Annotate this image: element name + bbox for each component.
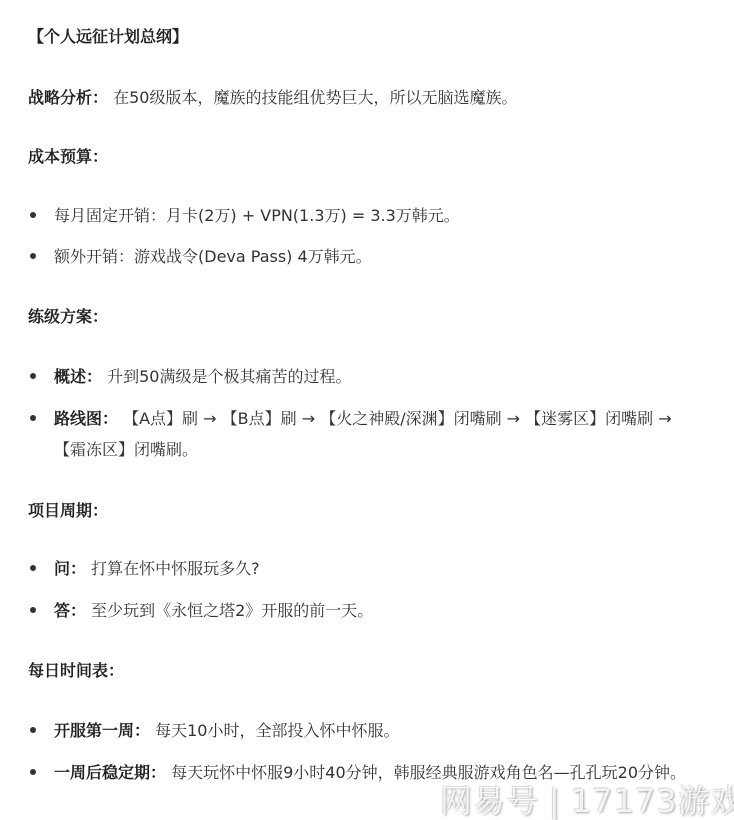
section-heading-leveling: 练级方案：: [28, 306, 108, 328]
list-item: 每月固定开销：月卡(2万) + VPN(1.3万) = 3.3万韩元。: [28, 200, 698, 231]
list-item: 开服第一周： 每天10小时，全部投入怀中怀服。: [28, 715, 698, 746]
list-item-text: 每月固定开销：月卡(2万) + VPN(1.3万) = 3.3万韩元。: [54, 206, 460, 225]
list-item-text: 至少玩到《永恒之塔2》开服的前一天。: [91, 601, 373, 620]
list-item-label: 开服第一周：: [54, 721, 150, 740]
bullet-icon: [30, 212, 36, 218]
document-title: 【个人远征计划总纲】: [28, 26, 188, 48]
list-item-label: 路线图：: [54, 409, 118, 428]
watermark-right: 17173游戏网: [571, 782, 734, 820]
bullet-icon: [30, 373, 36, 379]
watermark-left: 网易号: [440, 782, 539, 820]
bullet-icon: [30, 769, 36, 775]
list-item-label: 一周后稳定期：: [54, 763, 166, 782]
list-item-text: 打算在怀中怀服玩多久?: [91, 559, 260, 578]
list-item-label: 问：: [54, 559, 86, 578]
section-heading-cycle: 项目周期：: [28, 500, 108, 522]
section-heading-schedule: 每日时间表：: [28, 660, 124, 682]
list-item-text: 每天10小时，全部投入怀中怀服。: [155, 721, 399, 740]
list-item: 路线图： 【A点】刷 → 【B点】刷 → 【火之神殿/深渊】闭嘴刷 → 【迷雾区…: [28, 403, 698, 465]
section-heading-budget: 成本预算：: [28, 146, 108, 168]
watermark-separator: |: [549, 782, 561, 820]
list-item-label: 答：: [54, 601, 86, 620]
bullet-icon: [30, 415, 36, 421]
list-item-text: 升到50满级是个极其痛苦的过程。: [107, 367, 351, 386]
list-item: 问： 打算在怀中怀服玩多久?: [28, 553, 698, 584]
watermark: 网易号|17173游戏网: [440, 776, 734, 820]
list-item-text: 额外开销：游戏战令(Deva Pass) 4万韩元。: [54, 247, 372, 266]
list-item: 概述： 升到50满级是个极其痛苦的过程。: [28, 361, 698, 392]
list-item-text: 【A点】刷 → 【B点】刷 → 【火之神殿/深渊】闭嘴刷 → 【迷雾区】闭嘴刷 …: [54, 409, 672, 459]
list-item: 答： 至少玩到《永恒之塔2》开服的前一天。: [28, 595, 698, 626]
list-item-label: 概述：: [54, 367, 102, 386]
strategy-paragraph: 战略分析： 在50级版本，魔族的技能组优势巨大，所以无脑选魔族。: [28, 87, 517, 109]
strategy-text: 在50级版本，魔族的技能组优势巨大，所以无脑选魔族。: [113, 88, 517, 107]
bullet-icon: [30, 565, 36, 571]
bullet-icon: [30, 253, 36, 259]
list-item: 额外开销：游戏战令(Deva Pass) 4万韩元。: [28, 241, 698, 272]
bullet-icon: [30, 727, 36, 733]
strategy-label: 战略分析：: [28, 88, 108, 107]
bullet-icon: [30, 607, 36, 613]
